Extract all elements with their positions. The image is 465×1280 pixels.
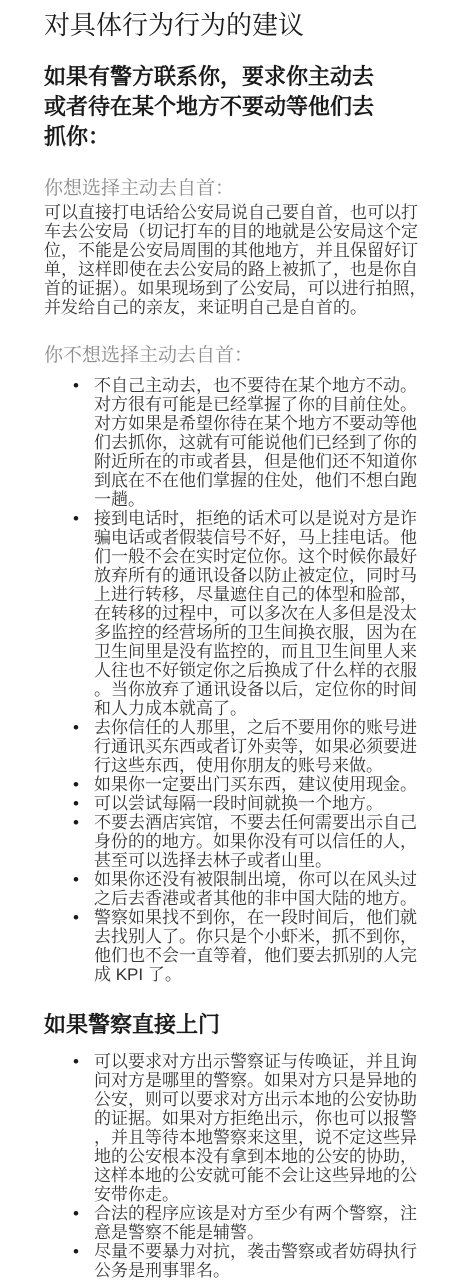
list-item: • 不要去酒店宾馆，不要去任何需要出示自己身份的的地方。如果你没有可以信任的人，…	[73, 813, 433, 870]
intro-heading: 如果有警方联系你，要求你主动去或者待在某个地方不要动等他们去抓你：	[44, 62, 394, 152]
subheading-surrender: 你想选择主动去自首：	[44, 178, 433, 199]
bullet-icon: •	[73, 1242, 94, 1261]
bullet-icon: •	[73, 1052, 94, 1071]
paragraph-surrender: 可以直接打电话给公安局说自己要自首，也可以打车去公安局（切记打车的目的地就是公安…	[44, 203, 433, 317]
page-title: 对具体行为行为的建议	[44, 8, 433, 42]
bullet-text: 如果你一定要出门买东西，建议使用现金。	[94, 775, 433, 794]
bullet-icon: •	[73, 509, 94, 528]
bullet-icon: •	[73, 813, 94, 832]
list-item: • 可以要求对方出示警察证与传唤证，并且询问对方是哪里的警察。如果对方只是异地的…	[73, 1052, 433, 1204]
bullet-text: 可以尝试每隔一段时间就换一个地方。	[94, 794, 433, 813]
list-item: • 合法的程序应该是对方至少有两个警察，注意是警察不能是辅警。	[73, 1204, 433, 1242]
bullet-icon: •	[73, 376, 94, 395]
bullet-icon: •	[73, 1204, 94, 1223]
subheading-no-surrender: 你不想选择主动去自首：	[44, 345, 433, 366]
bullet-icon: •	[73, 870, 94, 889]
list-item: • 去你信任的人那里，之后不要用你的账号进行通讯买东西或者订外卖等，如果必须要进…	[73, 718, 433, 775]
list-item: • 不自己主动去，也不要待在某个地方不动。对方很有可能是已经掌握了你的目前住处。…	[73, 376, 433, 509]
bullet-text: 尽量不要暴力对抗，袭击警察或者妨碍执行公务是刑事罪名。	[94, 1242, 433, 1280]
bullet-text: 去你信任的人那里，之后不要用你的账号进行通讯买东西或者订外卖等，如果必须要进行这…	[94, 718, 433, 775]
list-item: • 可以尝试每隔一段时间就换一个地方。	[73, 794, 433, 813]
bullet-text: 警察如果找不到你，在一段时间后，他们就去找别人了。你只是个小虾米，抓不到你，他们…	[94, 908, 433, 984]
section-heading-police-door: 如果警察直接上门	[44, 1010, 433, 1040]
bullet-text: 合法的程序应该是对方至少有两个警察，注意是警察不能是辅警。	[94, 1204, 433, 1242]
list-item: • 接到电话时，拒绝的话术可以是说对方是诈骗电话或者假装信号不好，马上挂电话。他…	[73, 509, 433, 718]
bullet-icon: •	[73, 718, 94, 737]
bullet-icon: •	[73, 775, 94, 794]
document-page: 对具体行为行为的建议 如果有警方联系你，要求你主动去或者待在某个地方不要动等他们…	[0, 0, 465, 1280]
bullet-text: 不要去酒店宾馆，不要去任何需要出示自己身份的的地方。如果你没有可以信任的人，甚至…	[94, 813, 433, 870]
list-item: • 尽量不要暴力对抗，袭击警察或者妨碍执行公务是刑事罪名。	[73, 1242, 433, 1280]
bullet-text: 不自己主动去，也不要待在某个地方不动。对方很有可能是已经掌握了你的目前住处。对方…	[94, 376, 433, 509]
list-item: • 如果你还没有被限制出境，你可以在风头过之后去香港或者其他的非中国大陆的地方。	[73, 870, 433, 908]
list-item: • 警察如果找不到你，在一段时间后，他们就去找别人了。你只是个小虾米，抓不到你，…	[73, 908, 433, 984]
list-item: • 如果你一定要出门买东西，建议使用现金。	[73, 775, 433, 794]
bullet-text: 如果你还没有被限制出境，你可以在风头过之后去香港或者其他的非中国大陆的地方。	[94, 870, 433, 908]
bullet-text: 接到电话时，拒绝的话术可以是说对方是诈骗电话或者假装信号不好，马上挂电话。他们一…	[94, 509, 433, 718]
bullet-text: 可以要求对方出示警察证与传唤证，并且询问对方是哪里的警察。如果对方只是异地的公安…	[94, 1052, 433, 1204]
bullet-icon: •	[73, 908, 94, 927]
bullet-icon: •	[73, 794, 94, 813]
bullet-list-no-surrender: • 不自己主动去，也不要待在某个地方不动。对方很有可能是已经掌握了你的目前住处。…	[73, 376, 433, 984]
bullet-list-police-door: • 可以要求对方出示警察证与传唤证，并且询问对方是哪里的警察。如果对方只是异地的…	[73, 1052, 433, 1280]
